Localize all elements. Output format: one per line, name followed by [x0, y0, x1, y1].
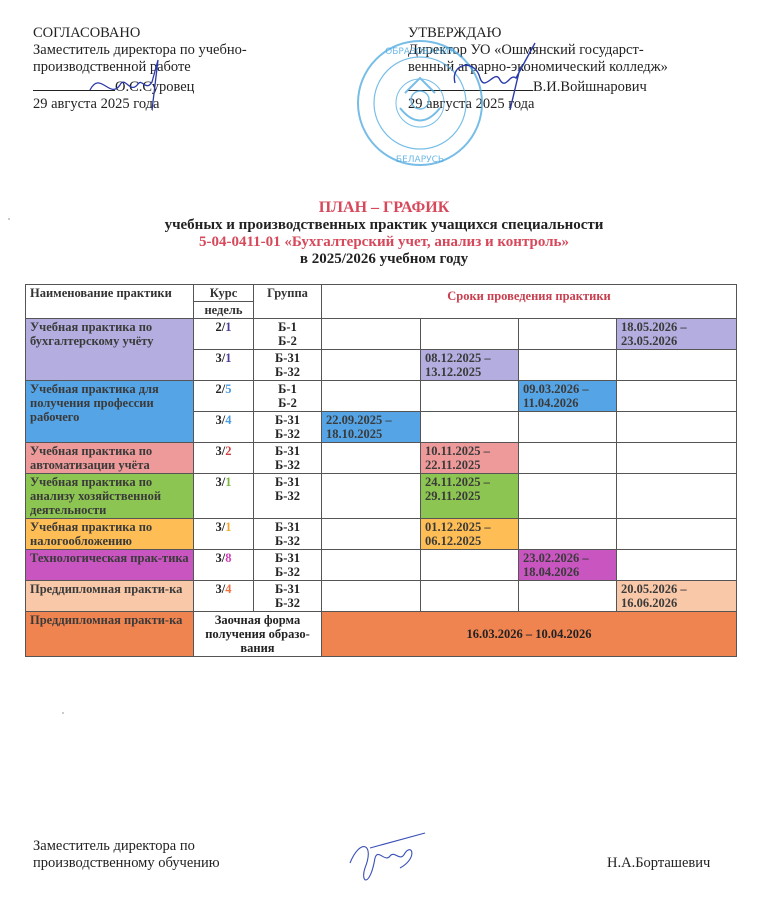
signature-line — [33, 76, 115, 91]
approval-heading: СОГЛАСОВАНО — [33, 25, 363, 42]
table-row: Преддипломная практи-ка3/4Б-31Б-3220.05.… — [26, 581, 737, 612]
course-weeks: 3/1 — [194, 350, 254, 381]
approval-date: 29 августа 2025 года — [33, 96, 363, 113]
weeks-count: 4 — [225, 582, 231, 596]
weeks-count: 5 — [225, 382, 231, 396]
group-cell: Б-31Б-32 — [254, 412, 322, 443]
empty-date-cell — [322, 581, 421, 612]
approval-block-agreed: СОГЛАСОВАНО Заместитель директора по уче… — [33, 25, 363, 113]
empty-date-cell — [519, 581, 617, 612]
empty-date-cell — [519, 474, 617, 519]
header-weeks: недель — [194, 302, 254, 319]
approval-signer: О.С.Суровец — [115, 79, 194, 95]
date-range-cell: 16.03.2026 – 10.04.2026 — [322, 612, 737, 657]
empty-date-cell — [617, 474, 737, 519]
group-cell: Б-31Б-32 — [254, 350, 322, 381]
group-cell: Б-1Б-2 — [254, 381, 322, 412]
course-weeks: 3/2 — [194, 443, 254, 474]
empty-date-cell — [617, 350, 737, 381]
table-row: Учебная практика по автоматизации учёта3… — [26, 443, 737, 474]
empty-date-cell — [617, 381, 737, 412]
course-weeks: 3/8 — [194, 550, 254, 581]
document-title-block: ПЛАН – ГРАФИК учебных и производственных… — [0, 199, 768, 268]
scan-speck — [8, 218, 10, 220]
course-weeks: 3/4 — [194, 412, 254, 443]
practice-name: Учебная практика по налогообложению — [26, 519, 194, 550]
group-cell: Б-31Б-32 — [254, 519, 322, 550]
footer-position: Заместитель директора по производственно… — [33, 838, 220, 872]
table-row: Технологическая прак-тика3/8Б-31Б-3223.0… — [26, 550, 737, 581]
empty-date-cell — [519, 319, 617, 350]
empty-date-cell — [421, 381, 519, 412]
date-range-cell: 08.12.2025 –13.12.2025 — [421, 350, 519, 381]
approval-heading: УТВЕРЖДАЮ — [408, 25, 768, 42]
document-title: ПЛАН – ГРАФИК — [0, 199, 768, 217]
empty-date-cell — [617, 519, 737, 550]
header-group: Группа — [254, 285, 322, 319]
practice-schedule-table: Наименование практикиКурсГруппаСроки про… — [25, 284, 737, 657]
empty-date-cell — [322, 350, 421, 381]
date-range-cell: 20.05.2026 –16.06.2026 — [617, 581, 737, 612]
date-range-cell: 10.11.2025 –22.11.2025 — [421, 443, 519, 474]
group-cell: Б-1Б-2 — [254, 319, 322, 350]
weeks-count: 1 — [225, 520, 231, 534]
course-weeks: 2/5 — [194, 381, 254, 412]
signature-bortashevich-icon — [340, 828, 430, 898]
weeks-count: 8 — [225, 551, 231, 565]
table-row-correspondence: Преддипломная практи-каЗаочная форма пол… — [26, 612, 737, 657]
date-range-cell: 09.03.2026 –11.04.2026 — [519, 381, 617, 412]
group-cell: Б-31Б-32 — [254, 581, 322, 612]
empty-date-cell — [322, 550, 421, 581]
group-cell: Б-31Б-32 — [254, 443, 322, 474]
approval-position-cont: производственной работе — [33, 59, 363, 76]
date-range-cell: 22.09.2025 –18.10.2025 — [322, 412, 421, 443]
footer-position-line: Заместитель директора по — [33, 838, 220, 855]
document-subtitle: учебных и производственных практик учащи… — [0, 217, 768, 234]
empty-date-cell — [322, 519, 421, 550]
table-row: Учебная практика по бухгалтерскому учёту… — [26, 319, 737, 350]
empty-date-cell — [421, 319, 519, 350]
table-row: Учебная практика по налогообложению3/1Б-… — [26, 519, 737, 550]
approval-date: 29 августа 2025 года — [408, 96, 768, 113]
practice-name: Технологическая прак-тика — [26, 550, 194, 581]
signature-line — [408, 76, 533, 91]
practice-name: Преддипломная практи-ка — [26, 612, 194, 657]
study-form: Заочная форма получения образо-вания — [194, 612, 322, 657]
date-range-cell: 24.11.2025 –29.11.2025 — [421, 474, 519, 519]
empty-date-cell — [519, 350, 617, 381]
approval-position: Заместитель директора по учебно- — [33, 42, 363, 59]
scan-speck — [62, 712, 64, 714]
empty-date-cell — [322, 319, 421, 350]
weeks-count: 4 — [225, 413, 231, 427]
header-name: Наименование практики — [26, 285, 194, 319]
approval-signer: В.И.Войшнарович — [533, 79, 647, 95]
empty-date-cell — [421, 581, 519, 612]
course-weeks: 3/1 — [194, 474, 254, 519]
weeks-count: 1 — [225, 320, 231, 334]
empty-date-cell — [421, 412, 519, 443]
practice-name: Преддипломная практи-ка — [26, 581, 194, 612]
empty-date-cell — [322, 474, 421, 519]
approval-position-cont: венный аграрно-экономический колледж» — [408, 59, 768, 76]
date-range-cell: 01.12.2025 –06.12.2025 — [421, 519, 519, 550]
course-weeks: 3/4 — [194, 581, 254, 612]
empty-date-cell — [519, 519, 617, 550]
footer-position-line: производственному обучению — [33, 855, 220, 872]
table-row: Учебная практика по анализу хозяйственно… — [26, 474, 737, 519]
group-cell: Б-31Б-32 — [254, 550, 322, 581]
practice-name: Учебная практика по анализу хозяйственно… — [26, 474, 194, 519]
empty-date-cell — [322, 443, 421, 474]
date-range-cell: 23.02.2026 –18.04.2026 — [519, 550, 617, 581]
header-terms: Сроки проведения практики — [322, 285, 737, 319]
approval-position: Директор УО «Ошмянский государст- — [408, 42, 768, 59]
table-row: Учебная практика для получения профессии… — [26, 381, 737, 412]
date-range-cell: 18.05.2026 –23.05.2026 — [617, 319, 737, 350]
empty-date-cell — [617, 443, 737, 474]
approval-block-approved: УТВЕРЖДАЮ Директор УО «Ошмянский государ… — [408, 25, 768, 113]
header-row: Наименование практикиКурсГруппаСроки про… — [26, 285, 737, 302]
weeks-count: 1 — [225, 475, 231, 489]
practice-name: Учебная практика для получения профессии… — [26, 381, 194, 443]
empty-date-cell — [617, 412, 737, 443]
weeks-count: 2 — [225, 444, 231, 458]
group-cell: Б-31Б-32 — [254, 474, 322, 519]
empty-date-cell — [519, 412, 617, 443]
practice-name: Учебная практика по бухгалтерскому учёту — [26, 319, 194, 381]
course-weeks: 3/1 — [194, 519, 254, 550]
specialty-name: 5-04-0411-01 «Бухгалтерский учет, анализ… — [0, 234, 768, 251]
practice-name: Учебная практика по автоматизации учёта — [26, 443, 194, 474]
academic-year: в 2025/2026 учебном году — [0, 251, 768, 268]
empty-date-cell — [421, 550, 519, 581]
empty-date-cell — [617, 550, 737, 581]
course-weeks: 2/1 — [194, 319, 254, 350]
svg-text:БЕЛАРУСЬ: БЕЛАРУСЬ — [396, 155, 444, 165]
weeks-count: 1 — [225, 351, 231, 365]
empty-date-cell — [519, 443, 617, 474]
empty-date-cell — [322, 381, 421, 412]
header-course: Курс — [194, 285, 254, 302]
footer-signer: Н.А.Борташевич — [607, 855, 710, 872]
